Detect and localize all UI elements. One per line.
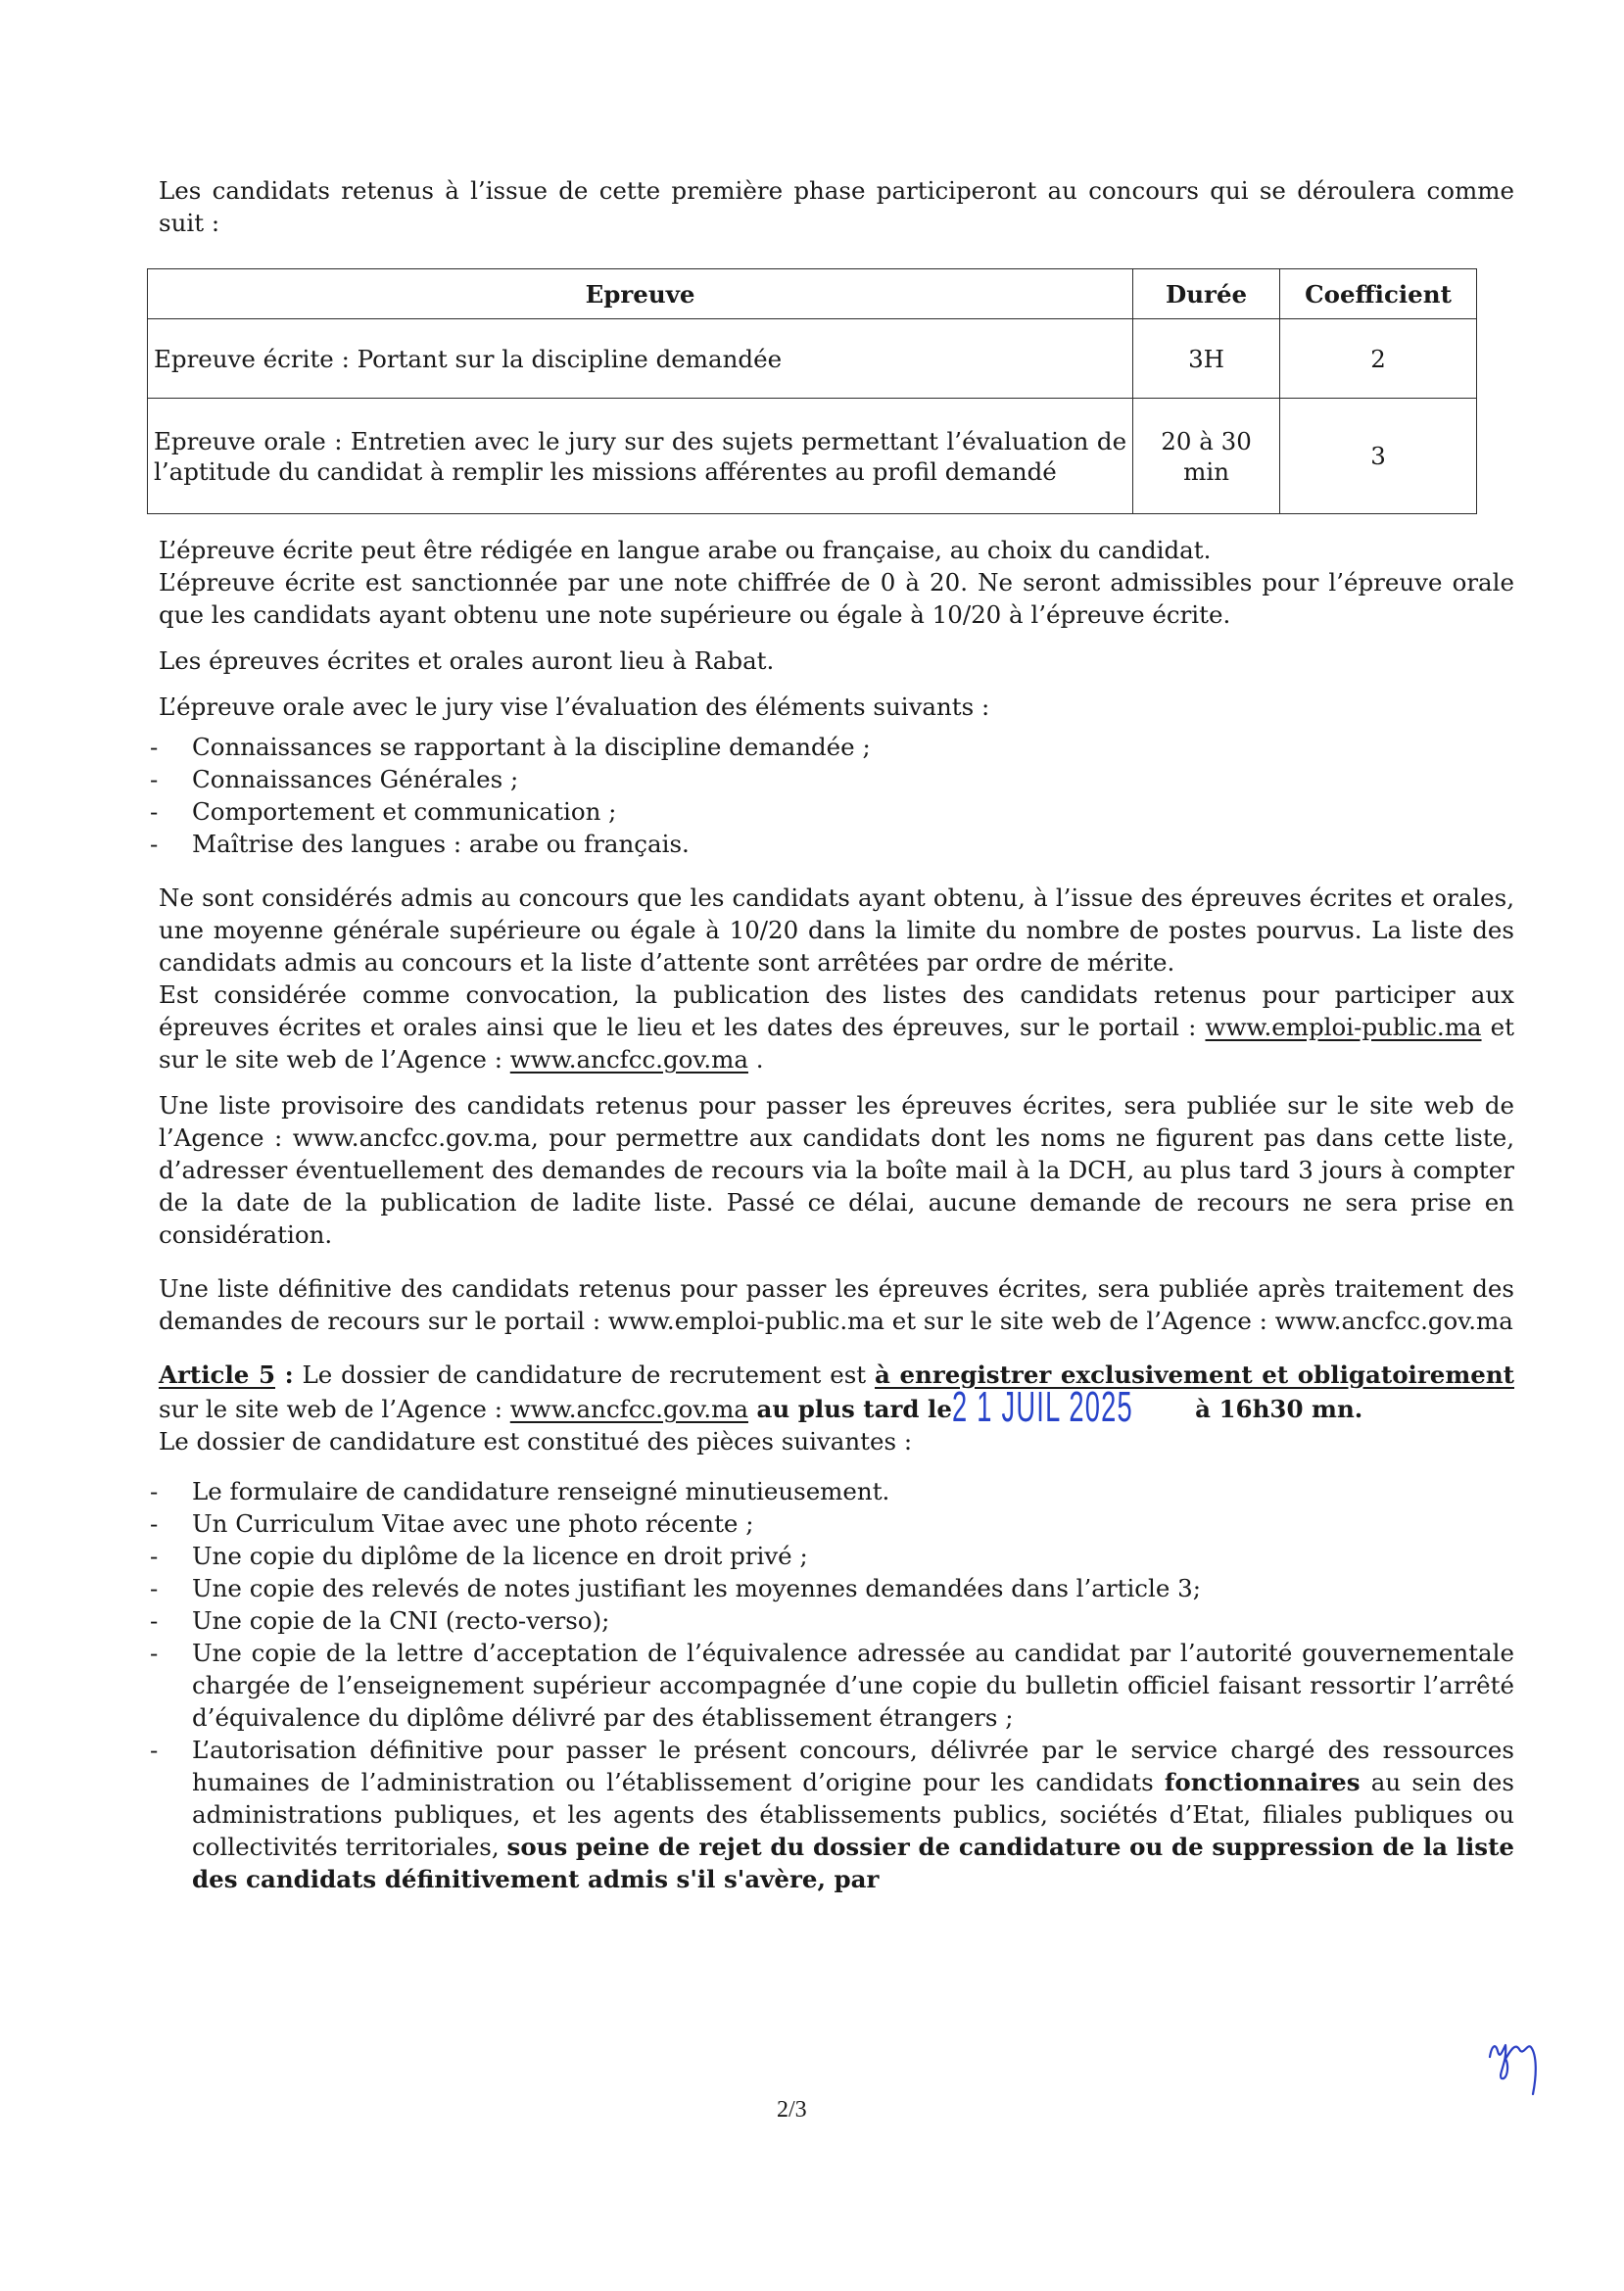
page-number: 2/3	[777, 2094, 807, 2126]
list-item: Maîtrise des langues : arabe ou français…	[159, 828, 1514, 860]
header-epreuve: Epreuve	[148, 269, 1133, 319]
documents-list: Le formulaire de candidature renseigné m…	[159, 1475, 1514, 1895]
cell-duree: 20 à 30 min	[1133, 399, 1280, 514]
final-list-paragraph: Une liste définitive des candidats reten…	[159, 1272, 1514, 1337]
article-5-paragraph: Article 5 : Le dossier de candidature de…	[159, 1359, 1514, 1425]
list-item: Comportement et communication ;	[159, 795, 1514, 828]
convocation-end: .	[756, 1045, 764, 1074]
list-item: Un Curriculum Vitae avec une photo récen…	[159, 1507, 1514, 1540]
convocation-paragraph: Est considérée comme convocation, la pub…	[159, 978, 1514, 1075]
ancfcc-link[interactable]: www.ancfcc.gov.ma	[510, 1045, 748, 1074]
intro-paragraph: Les candidats retenus à l’issue de cette…	[159, 174, 1514, 239]
admission-paragraph: Ne sont considérés admis au concours que…	[159, 882, 1514, 978]
written-exam-grading: L’épreuve écrite est sanctionnée par une…	[159, 566, 1514, 631]
exam-location: Les épreuves écrites et orales auront li…	[159, 644, 1514, 677]
exam-table: Epreuve Durée Coefficient Epreuve écrite…	[147, 268, 1477, 514]
cell-epreuve: Epreuve orale : Entretien avec le jury s…	[148, 399, 1133, 514]
article-5-text2: sur le site web de l’Agence :	[159, 1395, 510, 1423]
cell-duree: 3H	[1133, 319, 1280, 399]
exam-table-header: Epreuve Durée Coefficient	[148, 269, 1477, 319]
oral-exam-intro: L’épreuve orale avec le jury vise l’éval…	[159, 691, 1514, 723]
table-row: Epreuve écrite : Portant sur la discipli…	[148, 319, 1477, 399]
authorization-emphasis1: fonctionnaires	[1165, 1768, 1361, 1796]
date-stamp: 2 1 JUIL 2025	[952, 1391, 1133, 1423]
signature-icon	[1484, 2035, 1562, 2106]
oral-criteria-list: Connaissances se rapportant à la discipl…	[159, 731, 1514, 860]
written-exam-language: L’épreuve écrite peut être rédigée en la…	[159, 534, 1514, 566]
deadline-time: à 16h30 mn.	[1195, 1395, 1362, 1423]
article-5-text1: Le dossier de candidature de recrutement…	[294, 1360, 875, 1389]
emploi-public-link[interactable]: www.emploi-public.ma	[1205, 1013, 1481, 1041]
list-item: Une copie de la lettre d’acceptation de …	[159, 1637, 1514, 1734]
article-5-label: Article 5	[159, 1360, 275, 1389]
list-item: L’autorisation définitive pour passer le…	[159, 1734, 1514, 1895]
header-coefficient: Coefficient	[1280, 269, 1477, 319]
list-item: Une copie de la CNI (recto-verso);	[159, 1604, 1514, 1637]
document-page: Les candidats retenus à l’issue de cette…	[159, 174, 1514, 1895]
list-item: Connaissances Générales ;	[159, 763, 1514, 795]
ancfcc-link[interactable]: www.ancfcc.gov.ma	[510, 1395, 748, 1423]
pieces-intro: Le dossier de candidature est constitué …	[159, 1425, 1514, 1457]
list-item: Une copie du diplôme de la licence en dr…	[159, 1540, 1514, 1572]
header-duree: Durée	[1133, 269, 1280, 319]
list-item: Une copie des relevés de notes justifian…	[159, 1572, 1514, 1604]
provisional-list-paragraph: Une liste provisoire des candidats reten…	[159, 1089, 1514, 1251]
article-5-colon: :	[275, 1360, 294, 1389]
cell-epreuve: Epreuve écrite : Portant sur la discipli…	[148, 319, 1133, 399]
article-5-deadline-prefix: au plus tard le	[748, 1395, 952, 1423]
cell-coefficient: 2	[1280, 319, 1477, 399]
table-row: Epreuve orale : Entretien avec le jury s…	[148, 399, 1477, 514]
list-item: Connaissances se rapportant à la discipl…	[159, 731, 1514, 763]
list-item: Le formulaire de candidature renseigné m…	[159, 1475, 1514, 1507]
cell-coefficient: 3	[1280, 399, 1477, 514]
